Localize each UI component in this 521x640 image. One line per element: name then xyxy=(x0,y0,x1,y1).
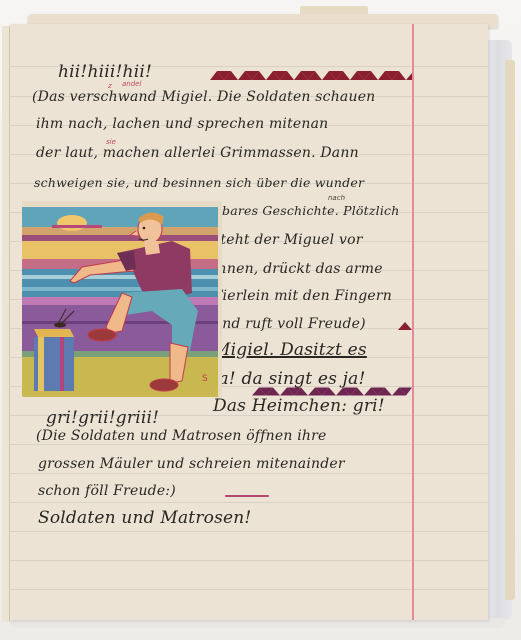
handwritten-line-11: Migiel. Dasitzt es xyxy=(213,340,367,360)
handwritten-line-4: der laut, machen allerlei Grimmassen. Da… xyxy=(36,145,359,161)
ruled-line xyxy=(10,560,488,561)
stacked-page-right-edge xyxy=(505,60,515,600)
handwritten-line-8: ihnen, drückt das arme xyxy=(213,261,383,277)
triangle-border-bottom xyxy=(252,387,412,396)
handwritten-line-3: ihm nach, lachen und sprechen mitenan xyxy=(36,116,328,132)
handwritten-line-16: grossen Mäuler und schreien mitenainder xyxy=(38,456,345,472)
handwritten-line-2: (Das verschwand Migiel. Die Soldaten sch… xyxy=(32,89,375,105)
handwritten-line-9: Tierlein mit den Fingern xyxy=(213,288,392,304)
illustration-cricket-scene: S xyxy=(22,201,222,397)
handwritten-line-10: und ruft voll Freude) xyxy=(213,316,366,332)
margin-line xyxy=(412,24,414,620)
handwritten-line-1: hii!hiii!hii! xyxy=(58,62,152,82)
handwritten-line-12: ja! da singt es ja! xyxy=(213,369,366,389)
ruled-line xyxy=(10,589,488,590)
handwritten-line-7: steht der Miguel vor xyxy=(213,232,363,248)
red-insertion-andel: andel xyxy=(122,80,141,88)
handwritten-line-18: Soldaten und Matrosen! xyxy=(38,508,251,528)
handwritten-line-15: (Die Soldaten und Matrosen öffnen ihre xyxy=(36,428,327,444)
ruled-line xyxy=(10,502,488,503)
handwritten-line-13: Das Heimchen: gri! xyxy=(213,396,385,416)
notebook-page: hii!hiii!hii! z andel (Das verschwand Mi… xyxy=(10,24,488,620)
watercolor-illustration: S xyxy=(22,201,222,397)
handwritten-line-17: schon föll Freude:) xyxy=(38,483,176,499)
triangle-marker xyxy=(398,321,412,330)
artist-signature: S xyxy=(202,374,208,384)
ruled-line xyxy=(10,531,488,532)
handwritten-line-5: schweigen sie, und besinnen sich über di… xyxy=(34,175,364,190)
handwritten-line-14: gri!grii!griii! xyxy=(46,408,159,428)
insertion-nach: nach xyxy=(328,194,345,202)
handwritten-line-6: bares Geschichte. Plötzlich xyxy=(222,203,399,218)
pink-dash-line xyxy=(225,495,269,497)
triangle-border-top xyxy=(210,71,412,80)
ruled-line xyxy=(10,473,488,474)
ruled-line xyxy=(10,444,488,445)
notebook-binding xyxy=(2,26,10,622)
